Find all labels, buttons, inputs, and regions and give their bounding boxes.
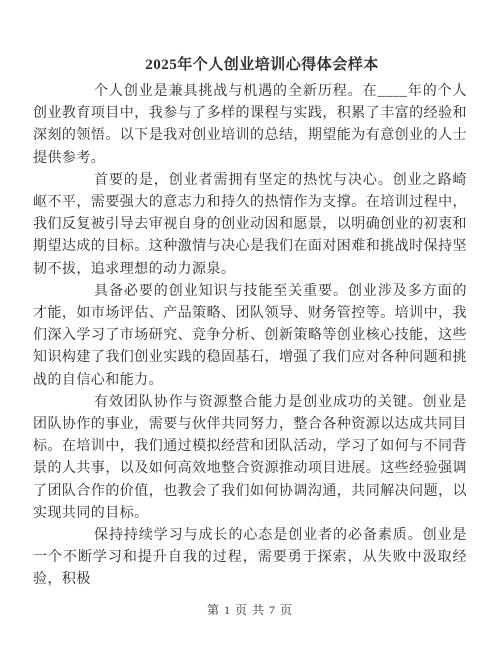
paragraph: 具备必要的创业知识与技能至关重要。创业涉及多方面的才能，如市场评估、产品策略、团…: [33, 281, 467, 392]
paragraph: 有效团队协作与资源整合能力是创业成功的关键。创业是团队协作的事业，需要与伙伴共同…: [33, 392, 467, 525]
page-footer: 第 1 页 共 7 页: [0, 602, 500, 619]
page-number-label: 第 1 页 共 7 页: [207, 603, 293, 617]
document-page: 2025年个人创业培训心得体会样本 个人创业是兼具挑战与机遇的全新历程。在___…: [0, 0, 500, 647]
paragraph: 保持持续学习与成长的心态是创业者的必备素质。创业是一个不断学习和提升自我的过程，…: [33, 525, 467, 592]
paragraph: 首要的是，创业者需拥有坚定的热忱与决心。创业之路崎岖不平，需要强大的意志力和持久…: [33, 170, 467, 281]
document-title: 2025年个人创业培训心得体会样本: [0, 55, 500, 76]
document-body: 个人创业是兼具挑战与机遇的全新历程。在____年的个人创业教育项目中，我参与了多…: [33, 81, 467, 592]
paragraph: 个人创业是兼具挑战与机遇的全新历程。在____年的个人创业教育项目中，我参与了多…: [33, 81, 467, 170]
